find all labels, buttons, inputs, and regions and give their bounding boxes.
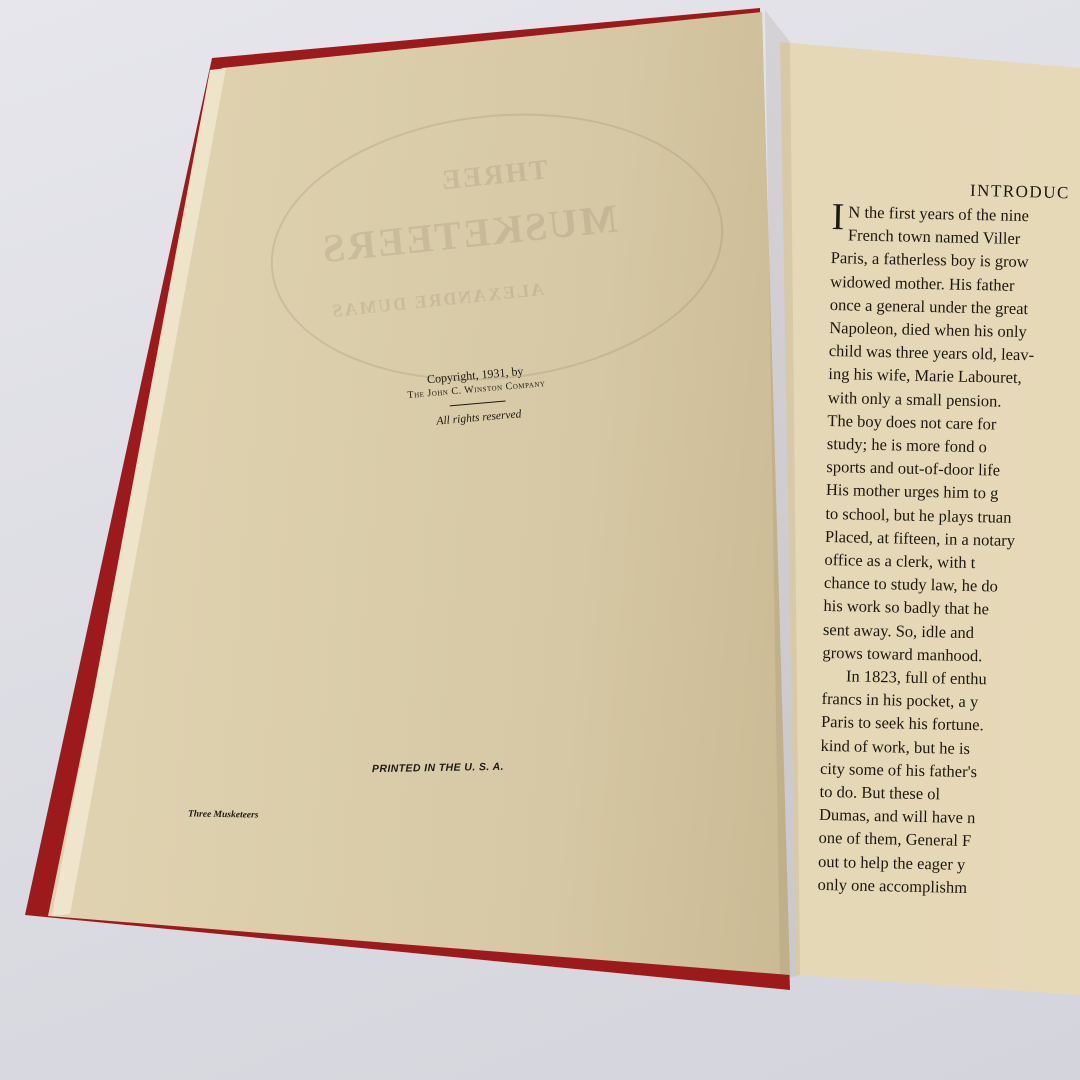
introduction-text: I N the first years of the nine French t…: [817, 200, 1080, 901]
book-photo: THREE MUSKETEERS ALEXANDRE DUMAS Copyrig…: [0, 0, 1080, 1080]
drop-cap: I: [831, 202, 844, 232]
divider-rule: [450, 401, 506, 407]
chapter-heading: INTRODUC: [970, 181, 1070, 204]
book-identifier: Three Musketeers: [188, 809, 259, 820]
printed-in-notice: PRINTED IN THE U. S. A.: [372, 761, 504, 775]
